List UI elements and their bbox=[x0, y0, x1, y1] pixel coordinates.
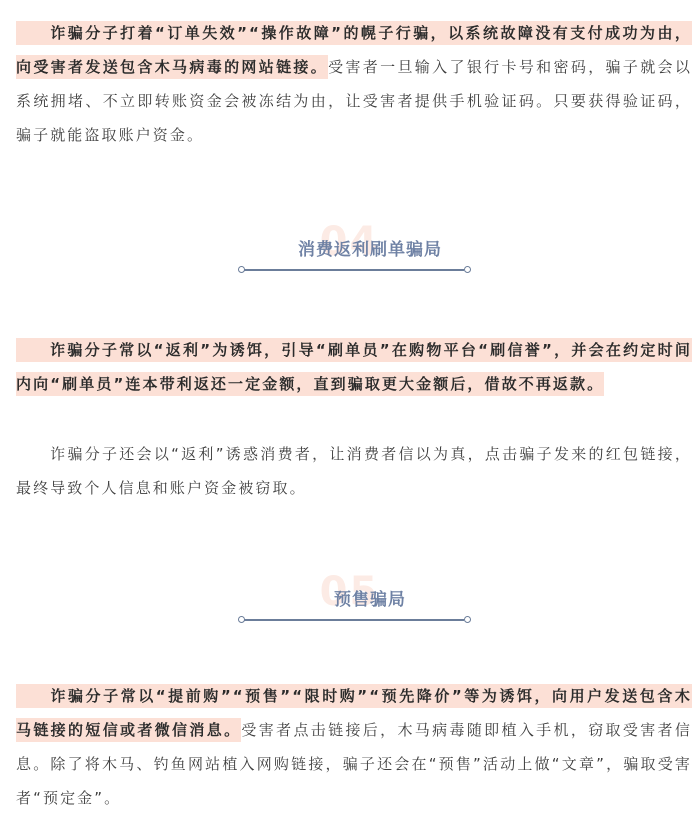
divider-dot-right-icon bbox=[464, 616, 471, 623]
section-heading-rebate-scam: 04 消费返利刷单骗局 bbox=[0, 222, 699, 292]
section-title: 预售骗局 bbox=[0, 588, 699, 612]
paragraph-brushing-scam: 诈骗分子常以“返利”为诱饵，引导“刷单员”在购物平台“刷信誉”，并会在约定时间内… bbox=[16, 333, 692, 401]
divider-dot-left-icon bbox=[238, 616, 245, 623]
paragraph-rebate-lure: 诈骗分子还会以“返利”诱惑消费者，让消费者信以为真，点击骗子发来的红包链接，最终… bbox=[16, 437, 692, 505]
body-text: 诈骗分子还会以“返利”诱惑消费者，让消费者信以为真，点击骗子发来的红包链接，最终… bbox=[16, 445, 692, 497]
paragraph-order-failure-scam: 诈骗分子打着“订单失效”“操作故障”的幌子行骗，以系统故障没有支付成功为由，向受… bbox=[16, 16, 692, 152]
divider-dot-right-icon bbox=[464, 266, 471, 273]
highlighted-text: 诈骗分子常以“返利”为诱饵，引导“刷单员”在购物平台“刷信誉”，并会在约定时间内… bbox=[16, 338, 692, 396]
divider-dot-left-icon bbox=[238, 266, 245, 273]
paragraph-presale-scam: 诈骗分子常以“提前购”“预售”“限时购”“预先降价”等为诱饵，向用户发送包含木马… bbox=[16, 679, 692, 815]
divider-line bbox=[244, 269, 464, 271]
section-title: 消费返利刷单骗局 bbox=[0, 238, 699, 262]
section-heading-presale-scam: 05 预售骗局 bbox=[0, 572, 699, 642]
divider-line bbox=[244, 619, 464, 621]
